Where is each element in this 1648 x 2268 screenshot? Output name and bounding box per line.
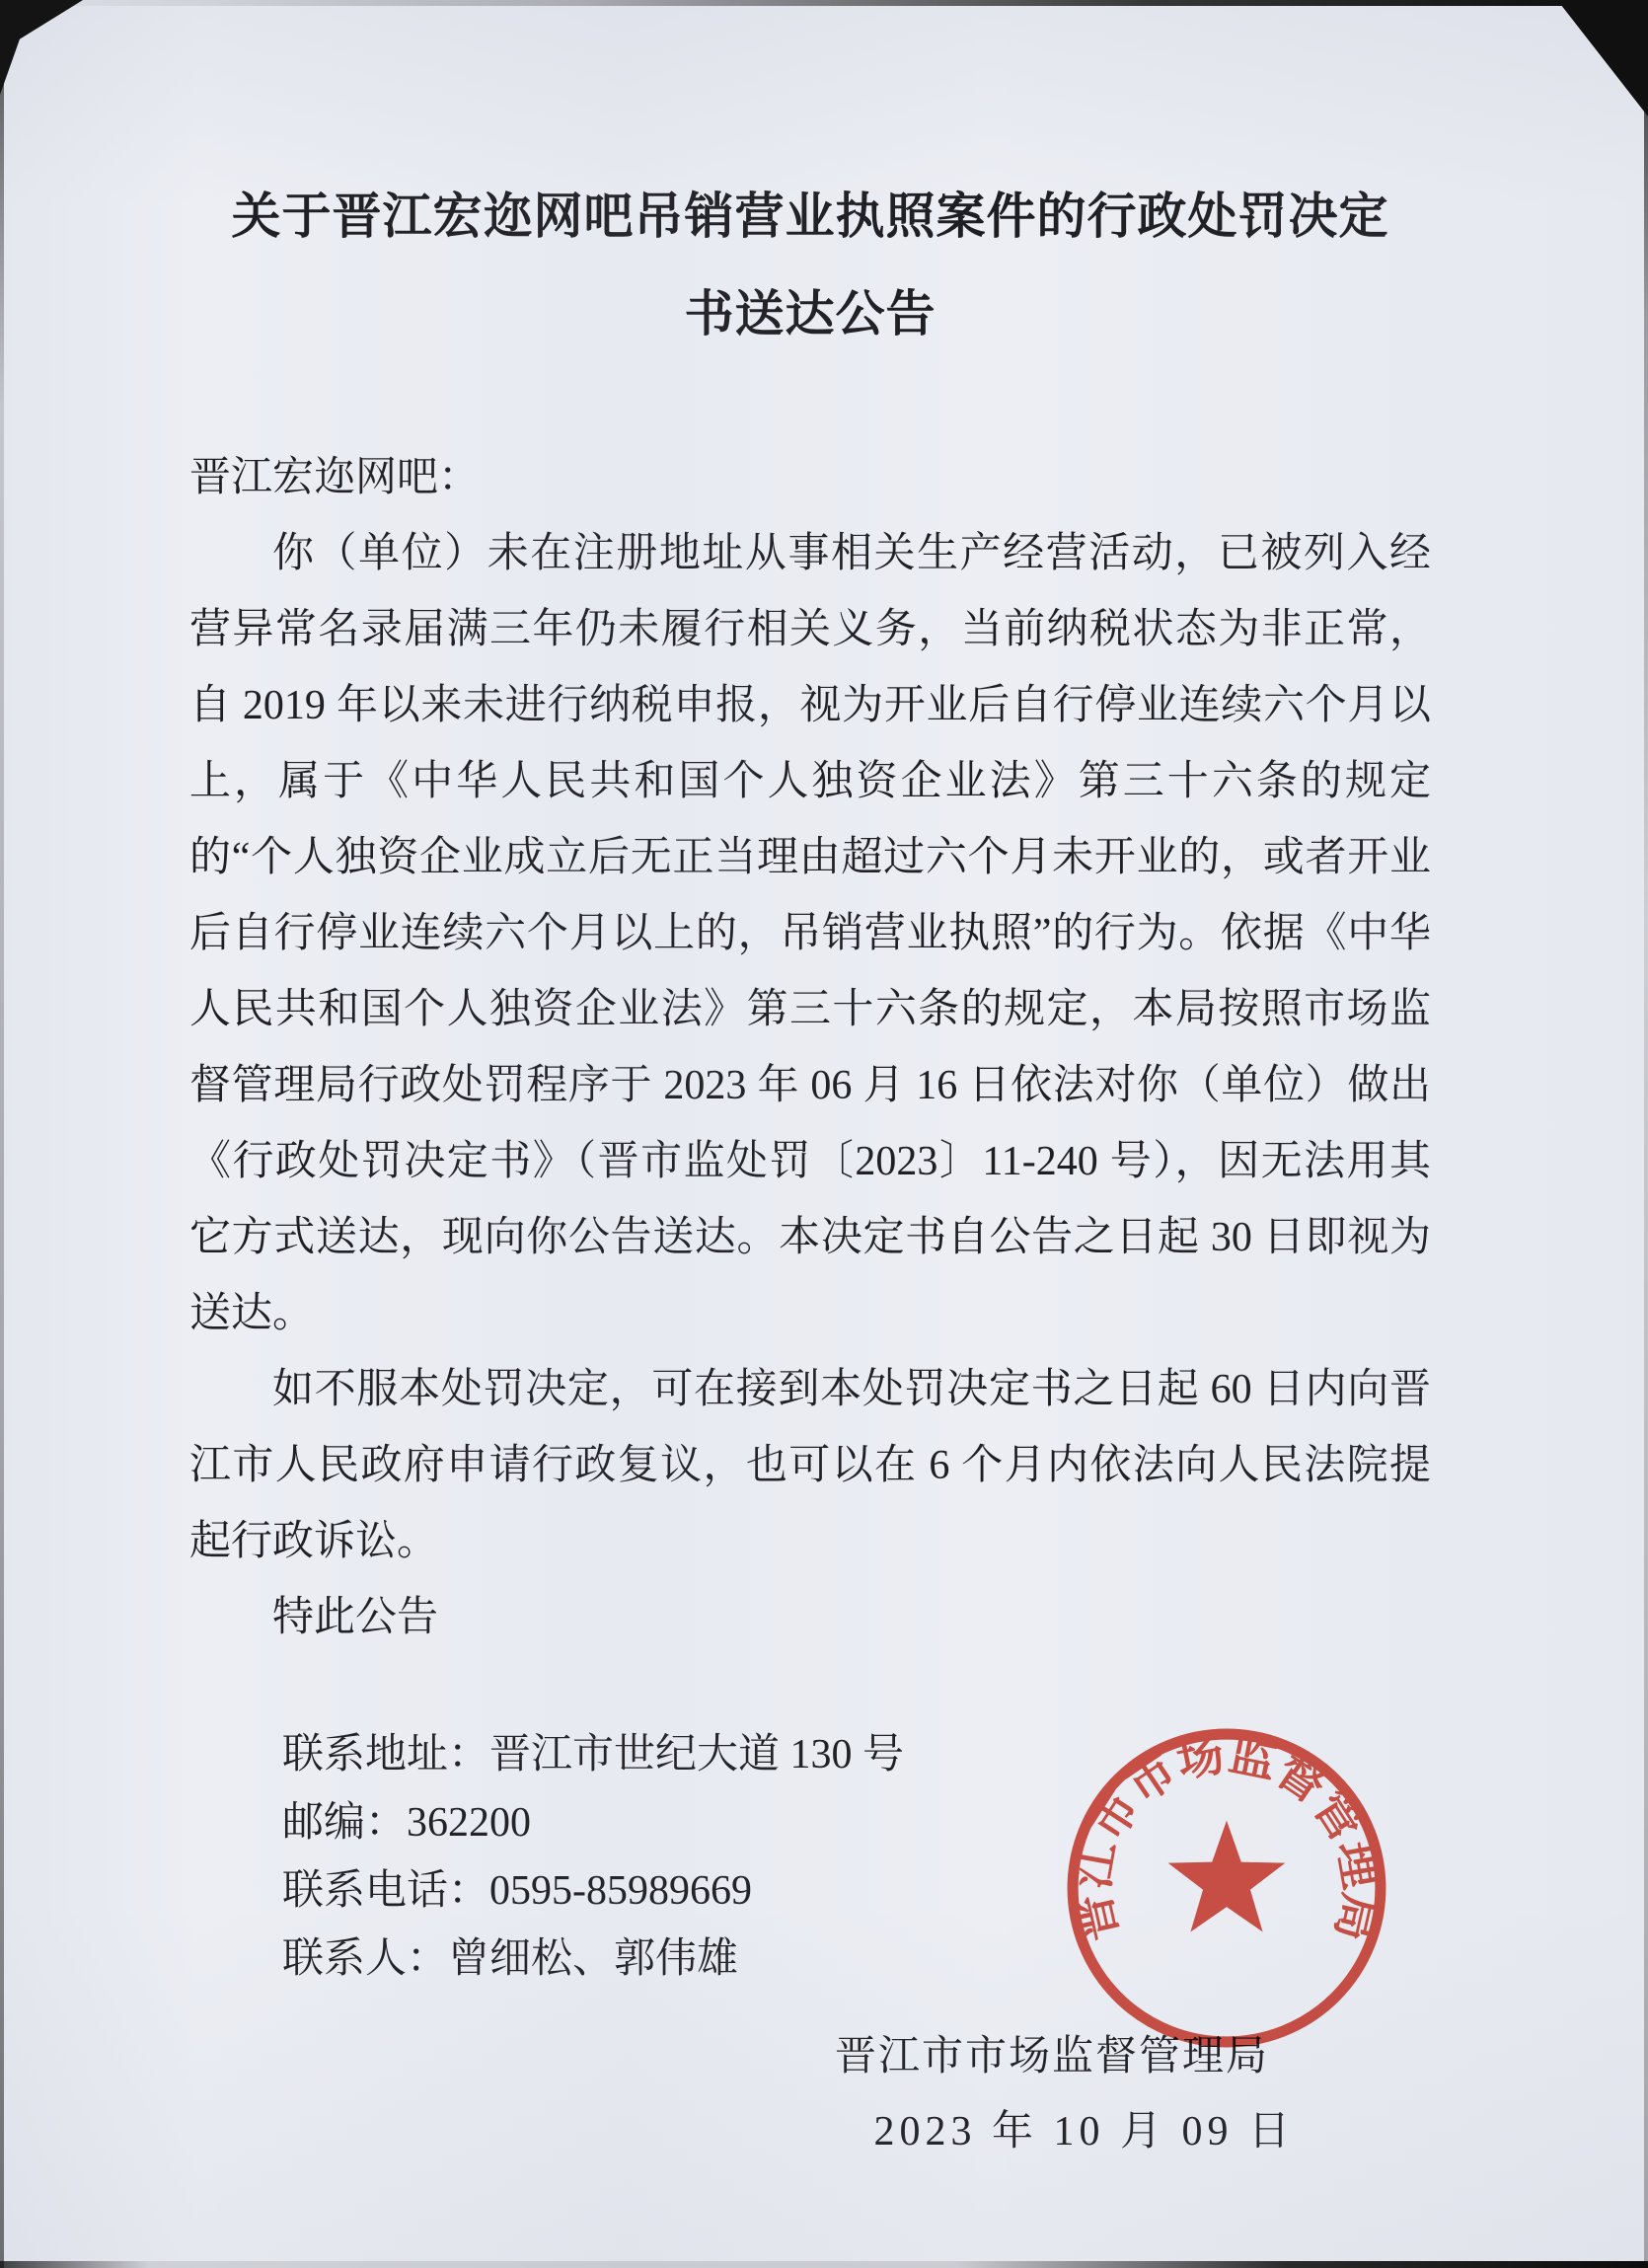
scan-artifact-edge-right [1644, 0, 1648, 2268]
document-title-line-1: 关于晋江宏迩网吧吊销营业执照案件的行政处罚决定 [189, 168, 1431, 265]
salutation: 晋江宏迩网吧： [189, 440, 1431, 516]
seal-star-icon [1168, 1821, 1286, 1932]
scan-artifact-corner-top-right [1557, 0, 1648, 116]
issue-date: 2023 年 10 月 09 日 [189, 2102, 1431, 2161]
scanned-document-page: 关于晋江宏迩网吧吊销营业执照案件的行政处罚决定 书送达公告 晋江宏迩网吧： 你（… [0, 0, 1648, 2268]
scan-artifact-edge-top [0, 0, 1648, 6]
scan-artifact-edge-left [0, 0, 4, 2268]
scan-artifact-edge-bottom [0, 2261, 1648, 2268]
paragraph-appeal-rights: 如不服本处罚决定，可在接到本处罚决定书之日起 60 日内向晋江市人民政府申请行政… [189, 1352, 1431, 1580]
paragraph-penalty-decision: 你（单位）未在注册地址从事相关生产经营活动，已被列入经营异常名录届满三年仍未履行… [189, 516, 1431, 1352]
document-title-line-2: 书送达公告 [189, 265, 1431, 363]
official-seal-stamp: 晋江市市场监督管理局 [1058, 1719, 1395, 2057]
closing-phrase: 特此公告 [189, 1580, 1431, 1656]
scan-artifact-corner-top-left-2 [0, 0, 34, 95]
document-title: 关于晋江宏迩网吧吊销营业执照案件的行政处罚决定 书送达公告 [189, 168, 1431, 363]
